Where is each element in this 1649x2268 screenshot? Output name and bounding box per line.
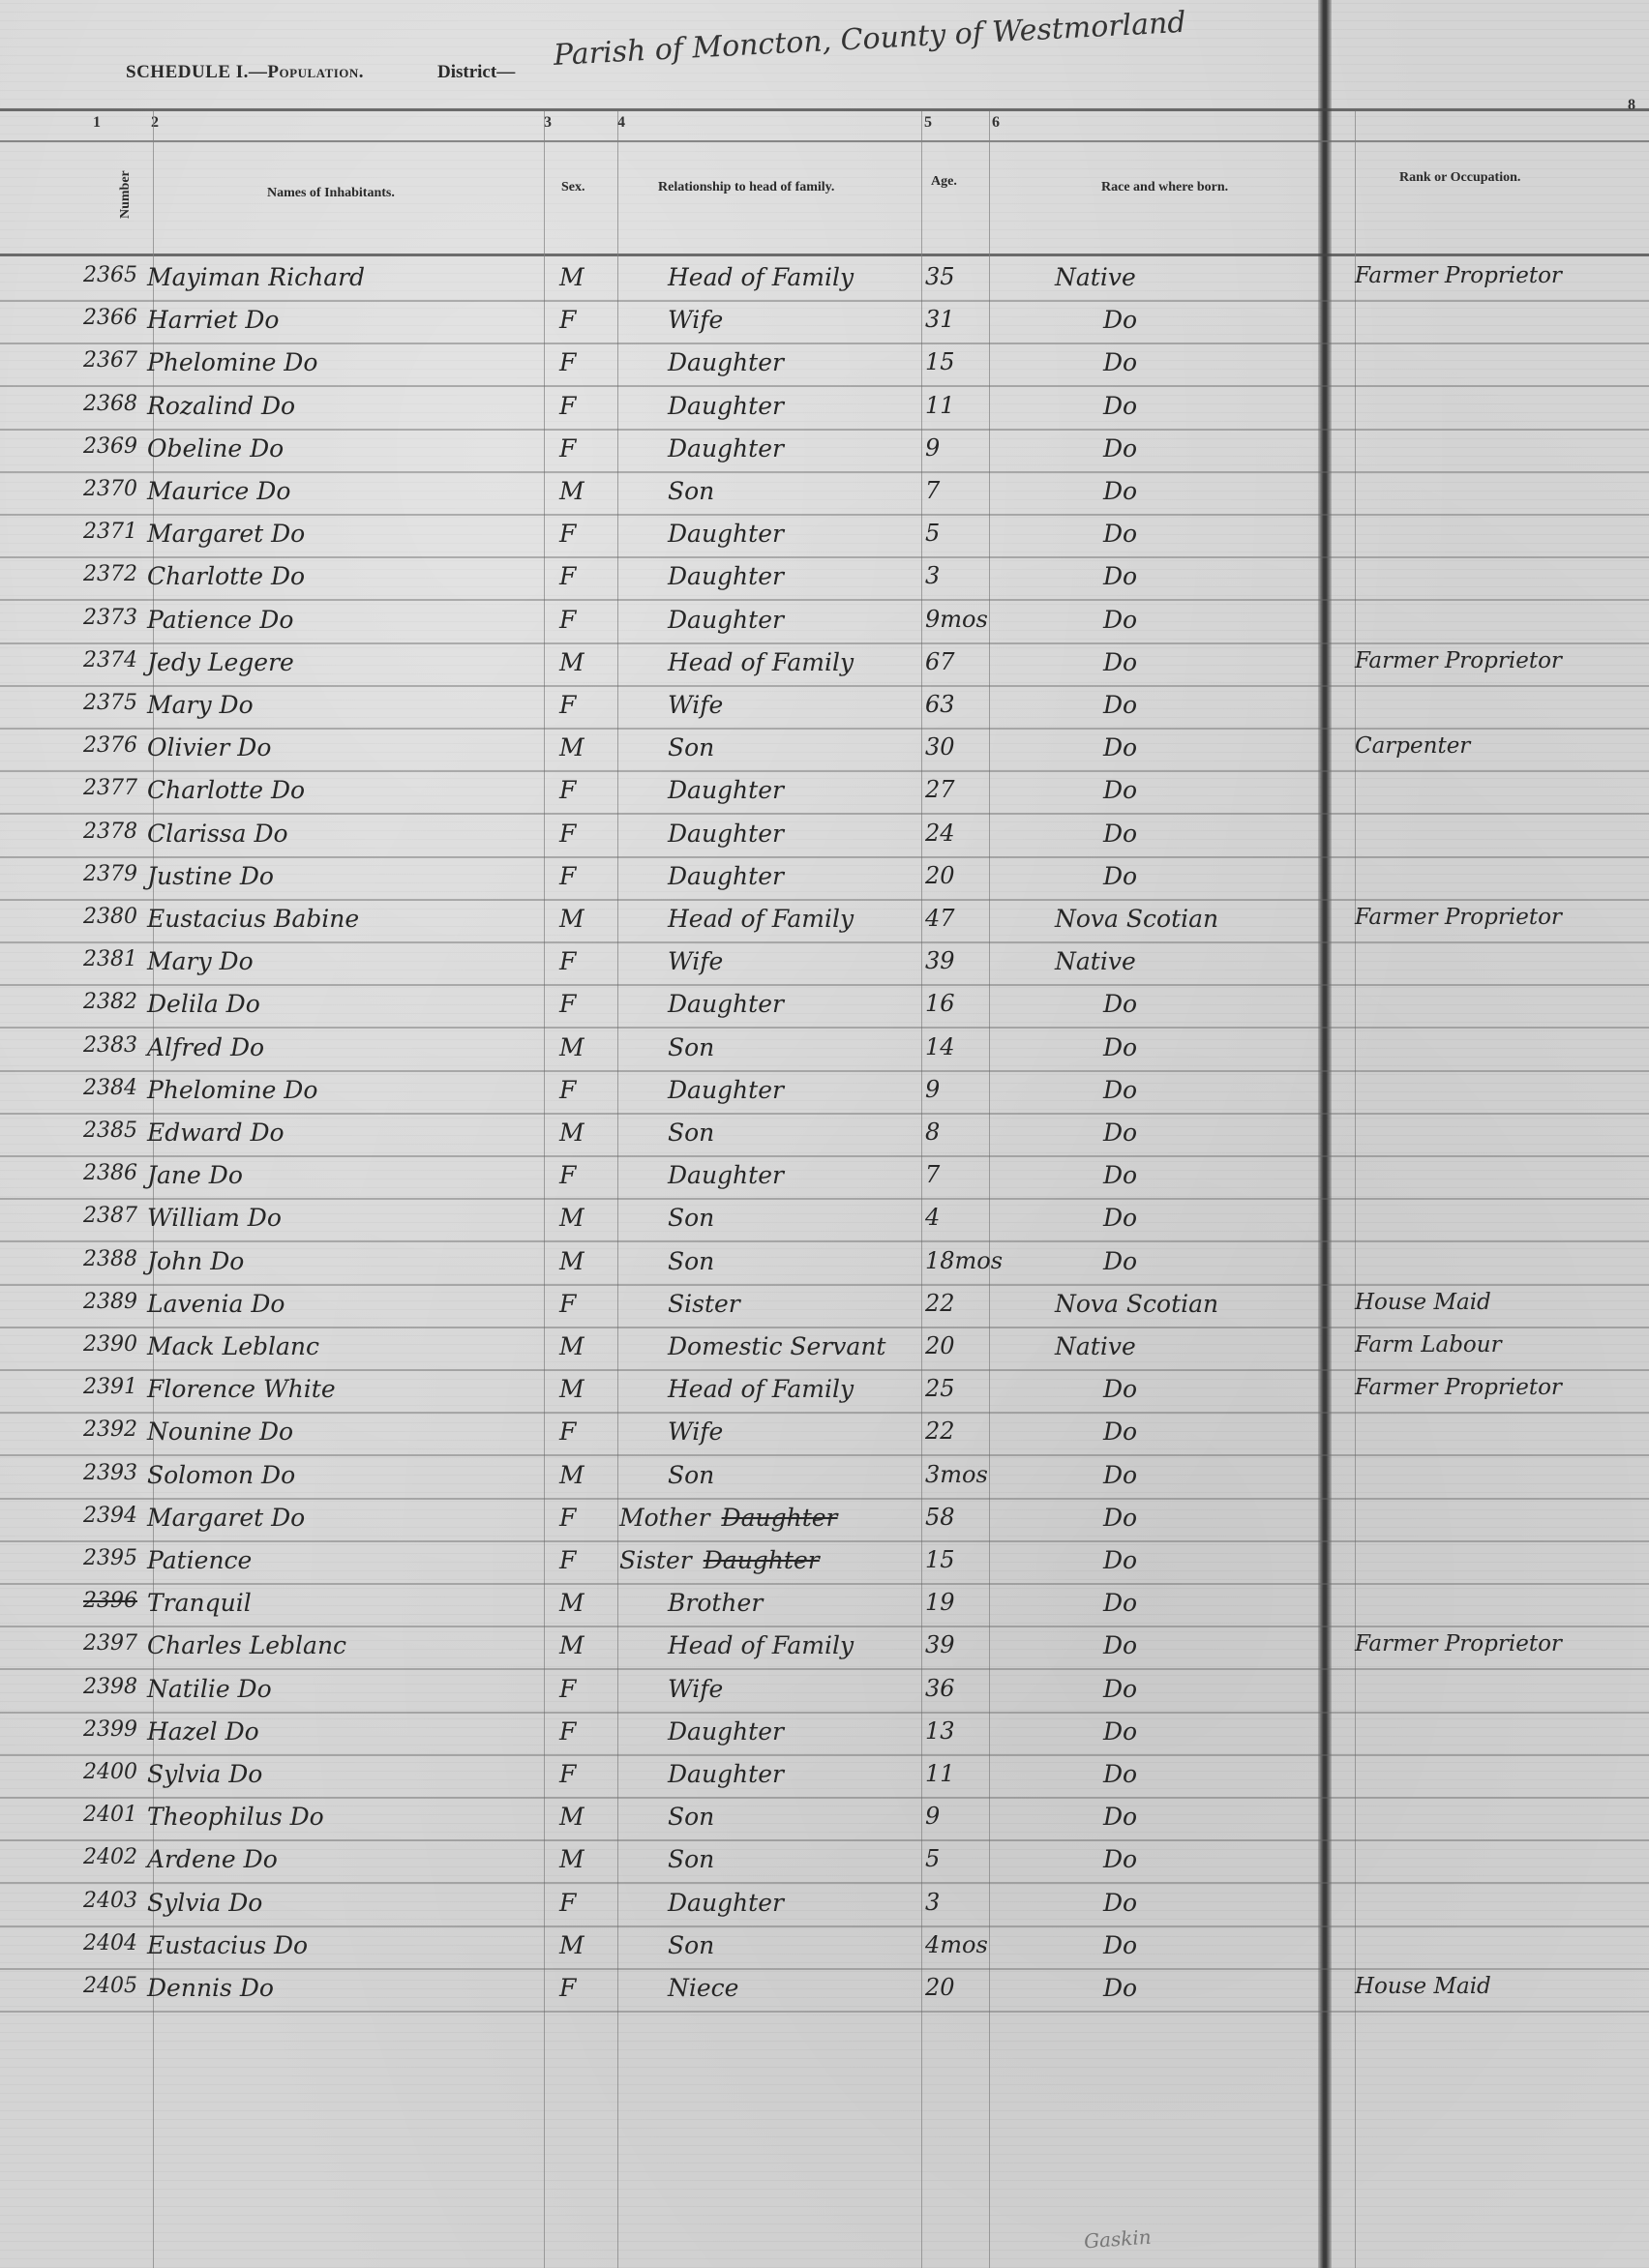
race-birthplace: Do <box>1103 1161 1137 1189</box>
header-names: Names of Inhabitants. <box>267 186 395 201</box>
inhabitant-name: John Do <box>147 1247 244 1275</box>
occupation: Farmer Proprietor <box>1355 263 1562 288</box>
sex: F <box>559 1889 576 1917</box>
age: 19 <box>925 1589 955 1616</box>
race-birthplace: Do <box>1103 648 1137 676</box>
relationship: Son <box>668 1204 714 1232</box>
sex: M <box>559 1033 585 1061</box>
sex: F <box>559 520 576 548</box>
inhabitant-name: William Do <box>147 1204 282 1232</box>
row-number: 2375 <box>83 691 137 715</box>
race-birthplace: Nova Scotian <box>1055 905 1218 933</box>
row-number: 2388 <box>83 1247 137 1271</box>
inhabitant-name: Justine Do <box>147 862 274 890</box>
relationship: Son <box>668 733 714 761</box>
sex: M <box>559 648 585 676</box>
age: 63 <box>925 691 955 718</box>
age: 5 <box>925 520 940 547</box>
table-row: 2404Eustacius DoMSon4mosDo <box>0 1927 1649 1970</box>
race-birthplace: Do <box>1103 733 1137 761</box>
inhabitant-name: Solomon Do <box>147 1461 295 1489</box>
sex: F <box>559 562 576 590</box>
race-birthplace: Do <box>1103 477 1137 505</box>
sex: M <box>559 1845 585 1873</box>
table-row: 2396TranquilMBrother19Do <box>0 1585 1649 1627</box>
row-number: 2390 <box>83 1332 137 1357</box>
table-row: 2367Phelomine DoFDaughter15Do <box>0 344 1649 387</box>
relationship: Daughter <box>668 1076 784 1104</box>
header-race: Race and where born. <box>1101 180 1228 195</box>
sex: F <box>559 392 576 420</box>
age: 4mos <box>925 1931 988 1958</box>
sex: M <box>559 1332 585 1360</box>
inhabitant-name: Mack Leblanc <box>147 1332 319 1360</box>
age: 25 <box>925 1375 955 1402</box>
sex: F <box>559 606 576 634</box>
sex: F <box>559 1675 576 1703</box>
age: 16 <box>925 990 955 1017</box>
age: 11 <box>925 1760 955 1787</box>
table-row: 2376Olivier DoMSon30DoCarpenter <box>0 730 1649 772</box>
district-label: District— <box>437 62 515 83</box>
table-row: 2391Florence WhiteMHead of Family25DoFar… <box>0 1371 1649 1414</box>
row-number: 2389 <box>83 1290 137 1314</box>
column-number-5: 5 <box>924 114 932 132</box>
table-row: 2390Mack LeblancMDomestic Servant20Nativ… <box>0 1328 1649 1371</box>
inhabitant-name: Margaret Do <box>147 1504 305 1532</box>
row-number: 2393 <box>83 1461 137 1485</box>
relationship: Wife <box>668 306 723 334</box>
age: 9 <box>925 1076 940 1103</box>
occupation: Farmer Proprietor <box>1355 648 1562 673</box>
inhabitant-name: Hazel Do <box>147 1717 259 1746</box>
relationship: Daughter <box>668 1161 784 1189</box>
row-number: 2386 <box>83 1161 137 1185</box>
relationship: Daughter <box>668 1760 784 1788</box>
relationship: Daughter <box>668 1717 784 1746</box>
relationship: Head of Family <box>668 1631 854 1659</box>
race-birthplace: Do <box>1103 1461 1137 1489</box>
race-birthplace: Do <box>1103 392 1137 420</box>
row-number: 2397 <box>83 1631 137 1656</box>
race-birthplace: Native <box>1055 947 1136 975</box>
row-number: 2405 <box>83 1974 137 1998</box>
relationship: Daughter <box>668 348 784 376</box>
table-row: 2379Justine DoFDaughter20Do <box>0 858 1649 901</box>
race-birthplace: Do <box>1103 820 1137 848</box>
row-number: 2366 <box>83 306 137 330</box>
inhabitant-name: Charlotte Do <box>147 776 305 804</box>
sex: F <box>559 348 576 376</box>
sex: F <box>559 820 576 848</box>
inhabitant-name: Phelomine Do <box>147 1076 317 1104</box>
race-birthplace: Do <box>1103 776 1137 804</box>
sex: F <box>559 306 576 334</box>
race-birthplace: Do <box>1103 691 1137 719</box>
schedule-title-text: SCHEDULE I.—Population. <box>126 62 364 82</box>
table-row: 2401Theophilus DoMSon9Do <box>0 1799 1649 1841</box>
relationship: SisterDaughter <box>619 1546 820 1574</box>
table-row: 2377Charlotte DoFDaughter27Do <box>0 772 1649 815</box>
inhabitant-name: Alfred Do <box>147 1033 264 1061</box>
sex: F <box>559 1974 576 2002</box>
relationship: Daughter <box>668 820 784 848</box>
sex: M <box>559 1375 585 1403</box>
race-birthplace: Do <box>1103 1974 1137 2002</box>
race-birthplace: Do <box>1103 1076 1137 1104</box>
header-age: Age. <box>931 174 957 190</box>
table-row: 2395PatienceFSisterDaughter15Do <box>0 1542 1649 1585</box>
occupation: Farm Labour <box>1355 1332 1502 1358</box>
header-occupation: Rank or Occupation. <box>1399 170 1520 186</box>
row-rule <box>0 2011 1649 2013</box>
relationship: Daughter <box>668 990 784 1018</box>
age: 15 <box>925 348 955 375</box>
column-number-3: 3 <box>544 114 552 132</box>
row-number: 2395 <box>83 1546 137 1570</box>
table-row: 2374Jedy LegereMHead of Family67DoFarmer… <box>0 644 1649 687</box>
relationship: Head of Family <box>668 1375 854 1403</box>
table-row: 2382Delila DoFDaughter16Do <box>0 986 1649 1029</box>
table-row: 2368Rozalind DoFDaughter11Do <box>0 388 1649 431</box>
rule-top <box>0 108 1649 111</box>
sex: F <box>559 990 576 1018</box>
age: 20 <box>925 1332 955 1359</box>
occupation: Farmer Proprietor <box>1355 1375 1562 1400</box>
age: 18mos <box>925 1247 1003 1274</box>
inhabitant-name: Jedy Legere <box>147 648 294 676</box>
inhabitant-name: Phelomine Do <box>147 348 317 376</box>
row-number: 2373 <box>83 606 137 630</box>
inhabitant-name: Clarissa Do <box>147 820 288 848</box>
sex: F <box>559 1417 576 1446</box>
footer-scribble: Gaskin <box>1083 2225 1152 2253</box>
age: 20 <box>925 1974 955 2001</box>
inhabitant-name: Eustacius Babine <box>147 905 359 933</box>
sex: F <box>559 1504 576 1532</box>
table-row: 2372Charlotte DoFDaughter3Do <box>0 558 1649 601</box>
age: 7 <box>925 1161 940 1188</box>
rule <box>0 140 1649 142</box>
relationship: Son <box>668 477 714 505</box>
relationship-struck: Daughter <box>704 1546 820 1574</box>
inhabitant-name: Rozalind Do <box>147 392 295 420</box>
row-number: 2400 <box>83 1760 137 1784</box>
relationship: Son <box>668 1461 714 1489</box>
age: 31 <box>925 306 955 333</box>
relationship: Head of Family <box>668 905 854 933</box>
sex: M <box>559 263 585 291</box>
table-row: 2403Sylvia DoFDaughter3Do <box>0 1885 1649 1927</box>
row-number: 2379 <box>83 862 137 886</box>
inhabitant-name: Edward Do <box>147 1119 285 1147</box>
relationship: Daughter <box>668 562 784 590</box>
sex: F <box>559 947 576 975</box>
occupation: House Maid <box>1355 1290 1491 1315</box>
race-birthplace: Do <box>1103 1204 1137 1232</box>
table-row: 2381Mary DoFWife39Native <box>0 943 1649 986</box>
relationship: Daughter <box>668 520 784 548</box>
row-number: 2370 <box>83 477 137 501</box>
sex: M <box>559 1631 585 1659</box>
relationship: Son <box>668 1119 714 1147</box>
table-row: 2366Harriet DoFWife31Do <box>0 302 1649 344</box>
inhabitant-name: Delila Do <box>147 990 260 1018</box>
race-birthplace: Do <box>1103 1889 1137 1917</box>
table-row: 2405Dennis DoFNiece20DoHouse Maid <box>0 1970 1649 2013</box>
inhabitant-name: Natilie Do <box>147 1675 272 1703</box>
age: 3 <box>925 562 940 589</box>
relationship: Daughter <box>668 392 784 420</box>
relationship: Head of Family <box>668 648 854 676</box>
column-number-4: 4 <box>617 114 625 132</box>
sex: F <box>559 1546 576 1574</box>
row-number: 2385 <box>83 1119 137 1143</box>
race-birthplace: Do <box>1103 1119 1137 1147</box>
race-birthplace: Do <box>1103 1803 1137 1831</box>
inhabitant-name: Nounine Do <box>147 1417 293 1446</box>
relationship: Wife <box>668 691 723 719</box>
table-row: 2369Obeline DoFDaughter9Do <box>0 431 1649 473</box>
row-number: 2404 <box>83 1931 137 1955</box>
race-birthplace: Do <box>1103 1504 1137 1532</box>
row-number: 2381 <box>83 947 137 971</box>
age: 5 <box>925 1845 940 1872</box>
table-row: 2397Charles LeblancMHead of Family39DoFa… <box>0 1627 1649 1670</box>
race-birthplace: Do <box>1103 1546 1137 1574</box>
table-row: 2380Eustacius BabineMHead of Family47Nov… <box>0 901 1649 943</box>
relationship: Son <box>668 1931 714 1959</box>
sex: F <box>559 434 576 463</box>
sex: M <box>559 1247 585 1275</box>
table-row: 2371Margaret DoFDaughter5Do <box>0 516 1649 558</box>
row-number: 2394 <box>83 1504 137 1528</box>
inhabitant-name: Mayiman Richard <box>147 263 365 291</box>
age: 14 <box>925 1033 955 1060</box>
table-row: 2378Clarissa DoFDaughter24Do <box>0 816 1649 858</box>
relationship: Son <box>668 1033 714 1061</box>
relationship: Wife <box>668 1675 723 1703</box>
race-birthplace: Do <box>1103 562 1137 590</box>
race-birthplace: Native <box>1055 1332 1136 1360</box>
age: 3 <box>925 1889 940 1916</box>
age: 3mos <box>925 1461 988 1488</box>
occupation: House Maid <box>1355 1974 1491 1999</box>
row-number: 2387 <box>83 1204 137 1228</box>
age: 39 <box>925 1631 955 1658</box>
race-birthplace: Do <box>1103 348 1137 376</box>
race-birthplace: Do <box>1103 1760 1137 1788</box>
table-row: 2383Alfred DoMSon14Do <box>0 1030 1649 1072</box>
age: 22 <box>925 1417 955 1445</box>
table-row: 2370Maurice DoMSon7Do <box>0 473 1649 516</box>
row-number: 2368 <box>83 392 137 416</box>
sex: F <box>559 1760 576 1788</box>
table-row: 2398Natilie DoFWife36Do <box>0 1671 1649 1714</box>
table-row: 2375Mary DoFWife63Do <box>0 687 1649 730</box>
occupation: Farmer Proprietor <box>1355 905 1562 930</box>
table-row: 2365Mayiman RichardMHead of Family35Nati… <box>0 259 1649 302</box>
age: 58 <box>925 1504 955 1531</box>
relationship: Son <box>668 1845 714 1873</box>
inhabitant-name: Lavenia Do <box>147 1290 285 1318</box>
occupation: Farmer Proprietor <box>1355 1631 1562 1656</box>
column-number-8: 8 <box>1628 97 1635 114</box>
inhabitant-name: Sylvia Do <box>147 1889 262 1917</box>
column-number-1: 1 <box>93 114 101 132</box>
race-birthplace: Do <box>1103 1247 1137 1275</box>
sex: M <box>559 1589 585 1617</box>
race-birthplace: Do <box>1103 990 1137 1018</box>
rule-header-bottom <box>0 254 1649 256</box>
table-row: 2387William DoMSon4Do <box>0 1200 1649 1242</box>
table-row: 2394Margaret DoFMotherDaughter58Do <box>0 1500 1649 1542</box>
table-row: 2399Hazel DoFDaughter13Do <box>0 1714 1649 1756</box>
row-number: 2402 <box>83 1845 137 1869</box>
relationship: Sister <box>668 1290 740 1318</box>
age: 27 <box>925 776 955 803</box>
table-row: 2402Ardene DoMSon5Do <box>0 1841 1649 1884</box>
inhabitant-name: Patience <box>147 1546 252 1574</box>
row-number: 2371 <box>83 520 137 544</box>
race-birthplace: Native <box>1055 263 1136 291</box>
relationship: Daughter <box>668 776 784 804</box>
age: 11 <box>925 392 955 419</box>
age: 36 <box>925 1675 955 1702</box>
occupation: Carpenter <box>1355 733 1470 759</box>
row-number: 2392 <box>83 1417 137 1442</box>
sex: F <box>559 862 576 890</box>
relationship: Son <box>668 1803 714 1831</box>
inhabitant-name: Mary Do <box>147 947 254 975</box>
age: 4 <box>925 1204 940 1231</box>
age: 20 <box>925 862 955 889</box>
sex: M <box>559 1204 585 1232</box>
race-birthplace: Do <box>1103 1417 1137 1446</box>
row-number: 2383 <box>83 1033 137 1058</box>
row-number: 2384 <box>83 1076 137 1100</box>
race-birthplace: Nova Scotian <box>1055 1290 1218 1318</box>
sex: M <box>559 1119 585 1147</box>
table-row: 2373Patience DoFDaughter9mosDo <box>0 602 1649 644</box>
inhabitant-name: Dennis Do <box>147 1974 274 2002</box>
table-row: 2385Edward DoMSon8Do <box>0 1115 1649 1157</box>
race-birthplace: Do <box>1103 520 1137 548</box>
sex: M <box>559 477 585 505</box>
sex: M <box>559 1803 585 1831</box>
sex: F <box>559 776 576 804</box>
sex: F <box>559 1161 576 1189</box>
table-row: 2392Nounine DoFWife22Do <box>0 1414 1649 1456</box>
relationship: Head of Family <box>668 263 854 291</box>
inhabitant-name: Tranquil <box>147 1589 252 1617</box>
inhabitant-name: Charlotte Do <box>147 562 305 590</box>
row-number: 2396 <box>83 1589 137 1613</box>
race-birthplace: Do <box>1103 1717 1137 1746</box>
sex: M <box>559 733 585 761</box>
row-number: 2403 <box>83 1889 137 1913</box>
sex: M <box>559 1931 585 1959</box>
row-number: 2372 <box>83 562 137 586</box>
header-relationship: Relationship to head of family. <box>658 180 834 195</box>
inhabitant-name: Florence White <box>147 1375 336 1403</box>
inhabitant-name: Eustacius Do <box>147 1931 308 1959</box>
inhabitant-name: Mary Do <box>147 691 254 719</box>
inhabitant-name: Maurice Do <box>147 477 290 505</box>
relationship: Son <box>668 1247 714 1275</box>
row-number: 2401 <box>83 1803 137 1827</box>
relationship-struck: Daughter <box>722 1504 838 1532</box>
row-number: 2398 <box>83 1675 137 1699</box>
row-number: 2367 <box>83 348 137 373</box>
race-birthplace: Do <box>1103 1675 1137 1703</box>
relationship-corrected: Sister <box>619 1546 692 1574</box>
relationship-corrected: Mother <box>619 1504 710 1532</box>
race-birthplace: Do <box>1103 434 1137 463</box>
relationship: Daughter <box>668 606 784 634</box>
race-birthplace: Do <box>1103 1931 1137 1959</box>
row-number: 2376 <box>83 733 137 758</box>
inhabitant-name: Harriet Do <box>147 306 280 334</box>
census-page: SCHEDULE I.—Population. District— Parish… <box>0 0 1649 2268</box>
age: 30 <box>925 733 955 761</box>
header-sex: Sex. <box>561 180 585 195</box>
age: 15 <box>925 1546 955 1573</box>
inhabitant-name: Olivier Do <box>147 733 271 761</box>
inhabitant-name: Charles Leblanc <box>147 1631 346 1659</box>
age: 67 <box>925 648 955 675</box>
header-number: Number <box>118 170 134 219</box>
row-number: 2380 <box>83 905 137 929</box>
row-number: 2378 <box>83 820 137 844</box>
row-number: 2382 <box>83 990 137 1014</box>
race-birthplace: Do <box>1103 1375 1137 1403</box>
age: 39 <box>925 947 955 974</box>
table-row: 2384Phelomine DoFDaughter9Do <box>0 1072 1649 1115</box>
schedule-title: SCHEDULE I.—Population. <box>126 62 364 83</box>
table-row: 2400Sylvia DoFDaughter11Do <box>0 1756 1649 1799</box>
race-birthplace: Do <box>1103 606 1137 634</box>
age: 22 <box>925 1290 955 1317</box>
inhabitant-name: Sylvia Do <box>147 1760 262 1788</box>
race-birthplace: Do <box>1103 306 1137 334</box>
row-number: 2377 <box>83 776 137 800</box>
age: 9mos <box>925 606 988 633</box>
row-number: 2369 <box>83 434 137 459</box>
sex: M <box>559 905 585 933</box>
row-number: 2391 <box>83 1375 137 1399</box>
age: 8 <box>925 1119 940 1146</box>
inhabitant-name: Patience Do <box>147 606 293 634</box>
race-birthplace: Do <box>1103 1631 1137 1659</box>
relationship: MotherDaughter <box>619 1504 838 1532</box>
race-birthplace: Do <box>1103 1589 1137 1617</box>
district-value: Parish of Moncton, County of Westmorland <box>553 6 1186 73</box>
row-number: 2399 <box>83 1717 137 1742</box>
relationship: Wife <box>668 1417 723 1446</box>
age: 35 <box>925 263 955 290</box>
inhabitant-name: Ardene Do <box>147 1845 278 1873</box>
sex: F <box>559 1717 576 1746</box>
age: 9 <box>925 1803 940 1830</box>
age: 7 <box>925 477 940 504</box>
table-row: 2388John DoMSon18mosDo <box>0 1243 1649 1286</box>
relationship: Daughter <box>668 1889 784 1917</box>
sex: F <box>559 1290 576 1318</box>
inhabitant-name: Obeline Do <box>147 434 284 463</box>
race-birthplace: Do <box>1103 1845 1137 1873</box>
relationship: Daughter <box>668 862 784 890</box>
